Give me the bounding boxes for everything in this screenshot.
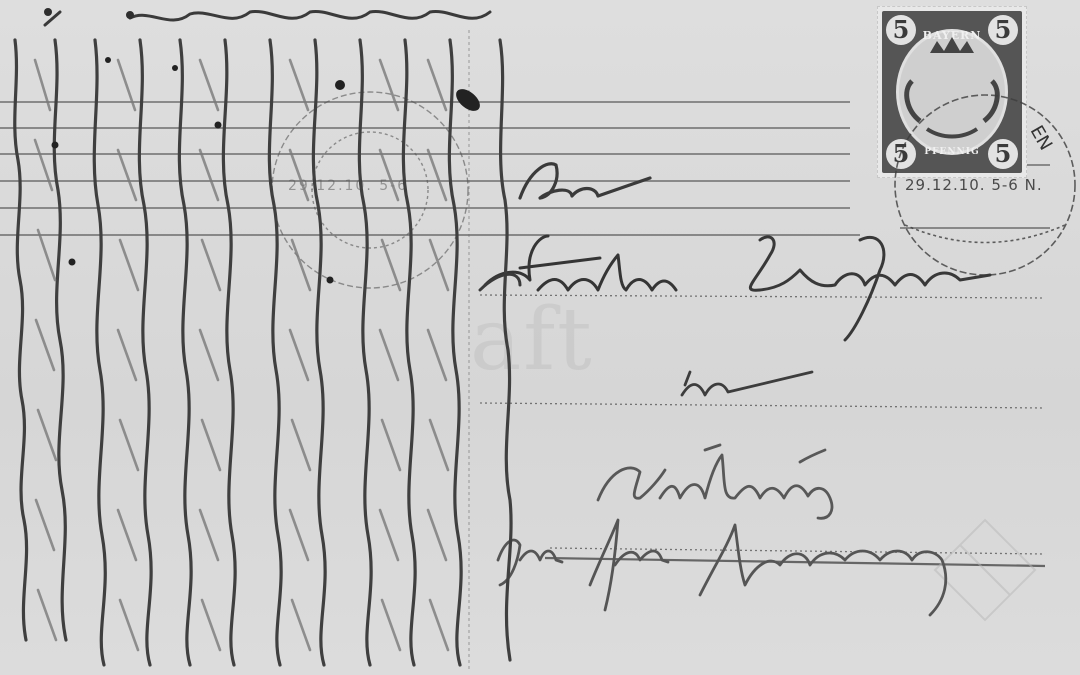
message-handwriting [0,0,1080,675]
postcard: aft [0,0,1080,675]
